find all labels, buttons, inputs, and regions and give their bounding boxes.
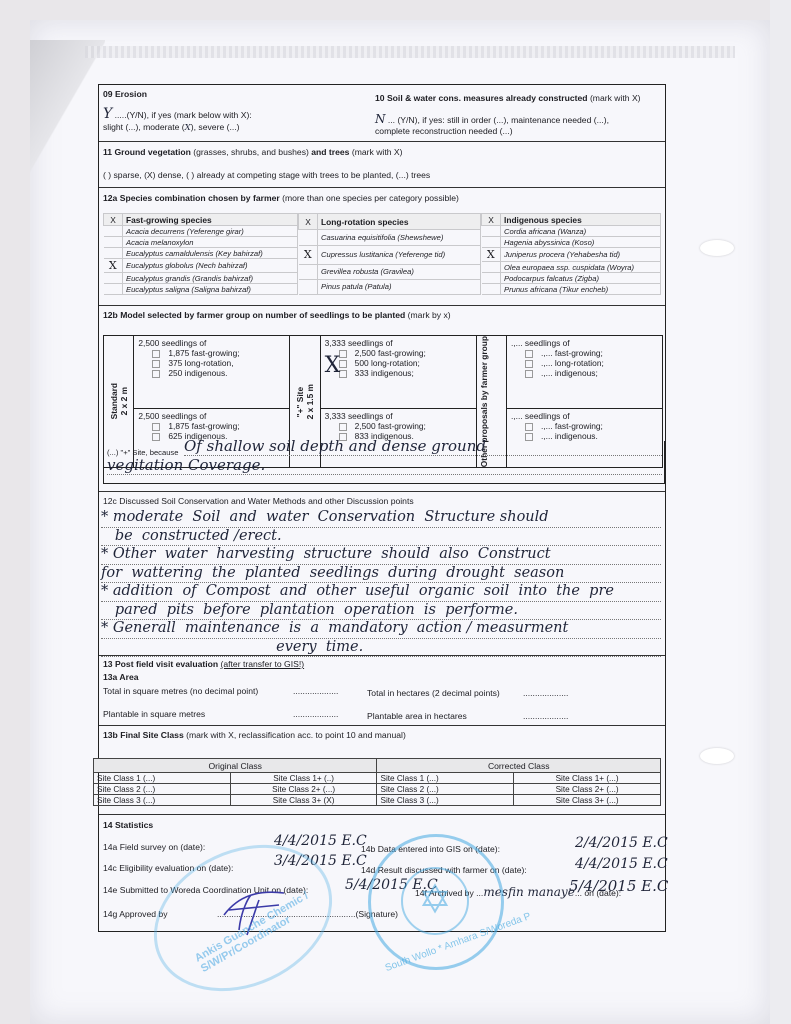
discussion-line[interactable]: * Generall maintenance is a mandatory ac… (101, 620, 661, 639)
corrected-class-header: Corrected Class (377, 759, 661, 773)
species-column-header: Long-rotation species (318, 214, 481, 230)
site-class-option[interactable]: Site Class 2 (...) (94, 784, 231, 795)
species-row[interactable]: Acacia melanoxylon (104, 237, 298, 248)
scan-smudge (85, 46, 735, 58)
soil-water-question: N ... (Y/N), if yes: still in order (...… (375, 114, 609, 126)
species-name: Prunus africana (Tikur encheb) (501, 284, 661, 295)
species-name: Hagenia abyssinica (Koso) (501, 237, 661, 248)
species-row[interactable]: Grevillea robusta (Gravilea) (299, 264, 481, 279)
field-survey-label: 14a Field survey on (date): (103, 842, 205, 853)
species-table: XFast-growing speciesAcacia decurrens (Y… (103, 213, 661, 295)
species-name: Acacia decurrens (Yeferenge girar) (123, 226, 298, 237)
discussion-line[interactable]: pared pits before plantation operation i… (101, 602, 661, 621)
site-class-row: Site Class 2 (...)Site Class 2+ (...)Sit… (94, 784, 661, 795)
other-option-a[interactable]: .,... seedlings of .,... fast-growing; .… (506, 336, 662, 409)
species-mark[interactable] (482, 226, 501, 237)
site-class-option[interactable]: Site Class 1+ (...) (514, 773, 661, 784)
species-mark[interactable] (104, 273, 123, 284)
species-mark[interactable] (482, 273, 501, 284)
checkbox[interactable] (525, 360, 533, 368)
checkbox[interactable] (152, 370, 160, 378)
site-class-option[interactable]: Site Class 3+ (X) (230, 795, 377, 806)
divider (99, 655, 665, 656)
stamp-star-icon: ✡ (401, 867, 469, 935)
site-class-option[interactable]: Site Class 3 (...) (377, 795, 514, 806)
soil-water-question-2: complete reconstruction needed (...) (375, 126, 513, 137)
species-mark[interactable] (104, 237, 123, 248)
divider (99, 305, 665, 306)
plantable-ha-field[interactable]: ................... (523, 711, 568, 722)
soil-water-title: 10 Soil & water cons. measures already c… (375, 93, 641, 104)
discussion-line[interactable]: * Other water harvesting structure shoul… (101, 546, 661, 565)
erosion-answer[interactable]: Y (103, 106, 112, 122)
species-mark[interactable] (482, 284, 501, 295)
species-row[interactable]: Prunus africana (Tikur encheb) (482, 284, 661, 295)
standard-option-a[interactable]: 2,500 seedlings of 1,875 fast-growing; 3… (134, 336, 290, 409)
species-row[interactable]: XCupressus lustitanica (Yeferenge tid) (299, 245, 481, 264)
species-name: Grevillea robusta (Gravilea) (318, 264, 481, 279)
site-class-option[interactable]: Site Class 3 (...) (94, 795, 231, 806)
discussion-line[interactable]: be constructed /erect. (101, 528, 661, 547)
folded-corner (30, 40, 105, 200)
total-sqm-label: Total in square metres (no decimal point… (103, 686, 258, 697)
punch-hole (700, 748, 734, 764)
species-mark[interactable] (104, 226, 123, 237)
checkbox[interactable] (525, 350, 533, 358)
punch-hole (700, 240, 734, 256)
divider (99, 187, 665, 188)
plantable-sqm-field[interactable]: ................... (293, 709, 338, 720)
because-text-1[interactable]: Of shallow soil depth and dense ground (184, 437, 662, 456)
site-option-a[interactable]: 3,333 seedlings of 2,500 fast-growing; 5… (320, 336, 476, 409)
discussion-line[interactable]: * moderate Soil and water Conservation S… (101, 509, 661, 528)
ground-veg-options[interactable]: ( ) sparse, (X) dense, ( ) already at co… (103, 170, 430, 181)
site-class-row: Site Class 1 (...)Site Class 1+ (..)Site… (94, 773, 661, 784)
species-name: Olea europaea ssp. cuspidata (Woyra) (501, 262, 661, 273)
checkbox[interactable] (152, 350, 160, 358)
species-name: Eucalyptus camaldulensis (Key bahirzaf) (123, 248, 298, 259)
gis-value[interactable]: 2/4/2015 E.C (575, 835, 668, 851)
species-mark[interactable] (299, 264, 318, 279)
species-row[interactable]: Cordia africana (Wanza) (482, 226, 661, 237)
discussion-title: 12c Discussed Soil Conservation and Wate… (103, 496, 414, 507)
site-class-row: Site Class 3 (...)Site Class 3+ (X)Site … (94, 795, 661, 806)
species-row[interactable]: Olea europaea ssp. cuspidata (Woyra) (482, 262, 661, 273)
site-class-option[interactable]: Site Class 1 (...) (94, 773, 231, 784)
checkbox[interactable] (339, 423, 347, 431)
erosion-question: Y .....(Y/N), if yes (mark below with X)… (103, 109, 252, 121)
species-name: Eucalyptus saligna (Saligna bahirzaf) (123, 284, 298, 295)
species-row[interactable]: Pinus patula (Patula) (299, 279, 481, 294)
checkbox[interactable] (525, 423, 533, 431)
original-class-header: Original Class (94, 759, 377, 773)
total-ha-field[interactable]: ................... (523, 688, 568, 699)
divider (99, 814, 665, 815)
site-class-table: Original Class Corrected Class Site Clas… (93, 758, 661, 806)
checkbox[interactable] (152, 360, 160, 368)
final-class-title: 13b Final Site Class (mark with X, recla… (103, 730, 406, 741)
site-option-mark: X (325, 353, 341, 378)
stamp-right: ✡ South Wollo * Amhara S/Woreda P (368, 834, 504, 970)
plantable-sqm-label: Plantable in square metres (103, 709, 205, 720)
divider (99, 491, 665, 492)
species-mark[interactable] (482, 237, 501, 248)
species-name: Acacia melanoxylon (123, 237, 298, 248)
species-name: Eucalyptus globolus (Nech bahirzaf) (123, 259, 298, 273)
species-mark[interactable] (299, 279, 318, 294)
discussed-value[interactable]: 4/4/2015 E.C (575, 856, 668, 872)
species-column: XIndigenous speciesCordia africana (Wanz… (481, 213, 661, 295)
site-class-option[interactable]: Site Class 2+ (...) (514, 784, 661, 795)
species-name: Pinus patula (Patula) (318, 279, 481, 294)
divider (99, 725, 665, 726)
checkbox[interactable] (525, 370, 533, 378)
species-name: Juniperus procera (Yehabesha tid) (501, 248, 661, 262)
because-text-2[interactable]: vegitation Coverage. (107, 456, 662, 475)
archived-value[interactable]: 5/4/2015 E.C (569, 877, 668, 895)
mark-header: X (104, 214, 123, 226)
discussion-line[interactable]: for wattering the planted seedlings duri… (101, 565, 661, 584)
species-row[interactable]: XEucalyptus globolus (Nech bahirzaf) (104, 259, 298, 273)
species-row[interactable]: Eucalyptus grandis (Grandis bahirzaf) (104, 273, 298, 284)
species-mark[interactable]: X (104, 259, 123, 273)
species-mark[interactable]: X (482, 248, 501, 262)
soil-water-answer[interactable]: N (375, 112, 386, 126)
divider (99, 141, 665, 142)
checkbox[interactable] (152, 433, 160, 441)
model-title: 12b Model selected by farmer group on nu… (103, 310, 451, 321)
erosion-title: 09 Erosion (103, 89, 147, 100)
site-class-option[interactable]: Site Class 1 (...) (377, 773, 514, 784)
species-row[interactable]: Casuarina equisitifolia (Shewshewe) (299, 230, 481, 245)
mark-header: X (299, 214, 318, 230)
discussion-notes[interactable]: * moderate Soil and water Conservation S… (101, 509, 691, 657)
species-mark[interactable] (104, 284, 123, 295)
mark-header: X (482, 214, 501, 226)
species-mark[interactable] (104, 248, 123, 259)
because-box: (...) "+" Site, because Of shallow soil … (103, 441, 665, 484)
species-mark[interactable] (482, 262, 501, 273)
evaluation-form: 09 Erosion Y .....(Y/N), if yes (mark be… (98, 84, 666, 932)
site-class-option[interactable]: Site Class 1+ (..) (230, 773, 377, 784)
site-class-option[interactable]: Site Class 2+ (...) (230, 784, 377, 795)
species-row[interactable]: Hagenia abyssinica (Koso) (482, 237, 661, 248)
statistics-title: 14 Statistics (103, 820, 153, 831)
species-name: Podocarpus falcatus (Zigba) (501, 273, 661, 284)
species-row[interactable]: Podocarpus falcatus (Zigba) (482, 273, 661, 284)
species-row[interactable]: Eucalyptus saligna (Saligna bahirzaf) (104, 284, 298, 295)
species-row[interactable]: XJuniperus procera (Yehabesha tid) (482, 248, 661, 262)
species-title: 12a Species combination chosen by farmer… (103, 193, 459, 204)
species-row[interactable]: Acacia decurrens (Yeferenge girar) (104, 226, 298, 237)
erosion-levels: slight (...), moderate (X), severe (...) (103, 122, 240, 134)
species-column-header: Fast-growing species (123, 214, 298, 226)
species-name: Cupressus lustitanica (Yeferenge tid) (318, 245, 481, 264)
species-row[interactable]: Eucalyptus camaldulensis (Key bahirzaf) (104, 248, 298, 259)
total-ha-label: Total in hectares (2 decimal points) (367, 688, 500, 699)
post-eval-title: 13 Post field visit evaluation (after tr… (103, 659, 304, 670)
field-survey-value[interactable]: 4/4/2015 E.C (274, 833, 367, 849)
species-name: Eucalyptus grandis (Grandis bahirzaf) (123, 273, 298, 284)
area-title: 13a Area (103, 672, 139, 683)
ground-veg-title: 11 Ground vegetation (grasses, shrubs, a… (103, 147, 402, 158)
species-name: Casuarina equisitifolia (Shewshewe) (318, 230, 481, 245)
plantable-ha-label: Plantable area in hectares (367, 711, 467, 722)
site-class-option[interactable]: Site Class 2 (...) (377, 784, 514, 795)
species-column: XFast-growing speciesAcacia decurrens (Y… (103, 213, 298, 295)
moderate-mark[interactable]: X (185, 123, 191, 133)
species-column: XLong-rotation speciesCasuarina equisiti… (298, 213, 481, 295)
species-column-header: Indigenous species (501, 214, 661, 226)
species-name: Cordia africana (Wanza) (501, 226, 661, 237)
total-sqm-field[interactable]: ................... (293, 686, 338, 697)
species-mark[interactable] (299, 230, 318, 245)
checkbox[interactable] (152, 423, 160, 431)
site-class-option[interactable]: Site Class 3+ (...) (514, 795, 661, 806)
discussion-line[interactable]: * addition of Compost and other useful o… (101, 583, 661, 602)
paper-edge (770, 0, 791, 1024)
species-mark[interactable]: X (299, 245, 318, 264)
